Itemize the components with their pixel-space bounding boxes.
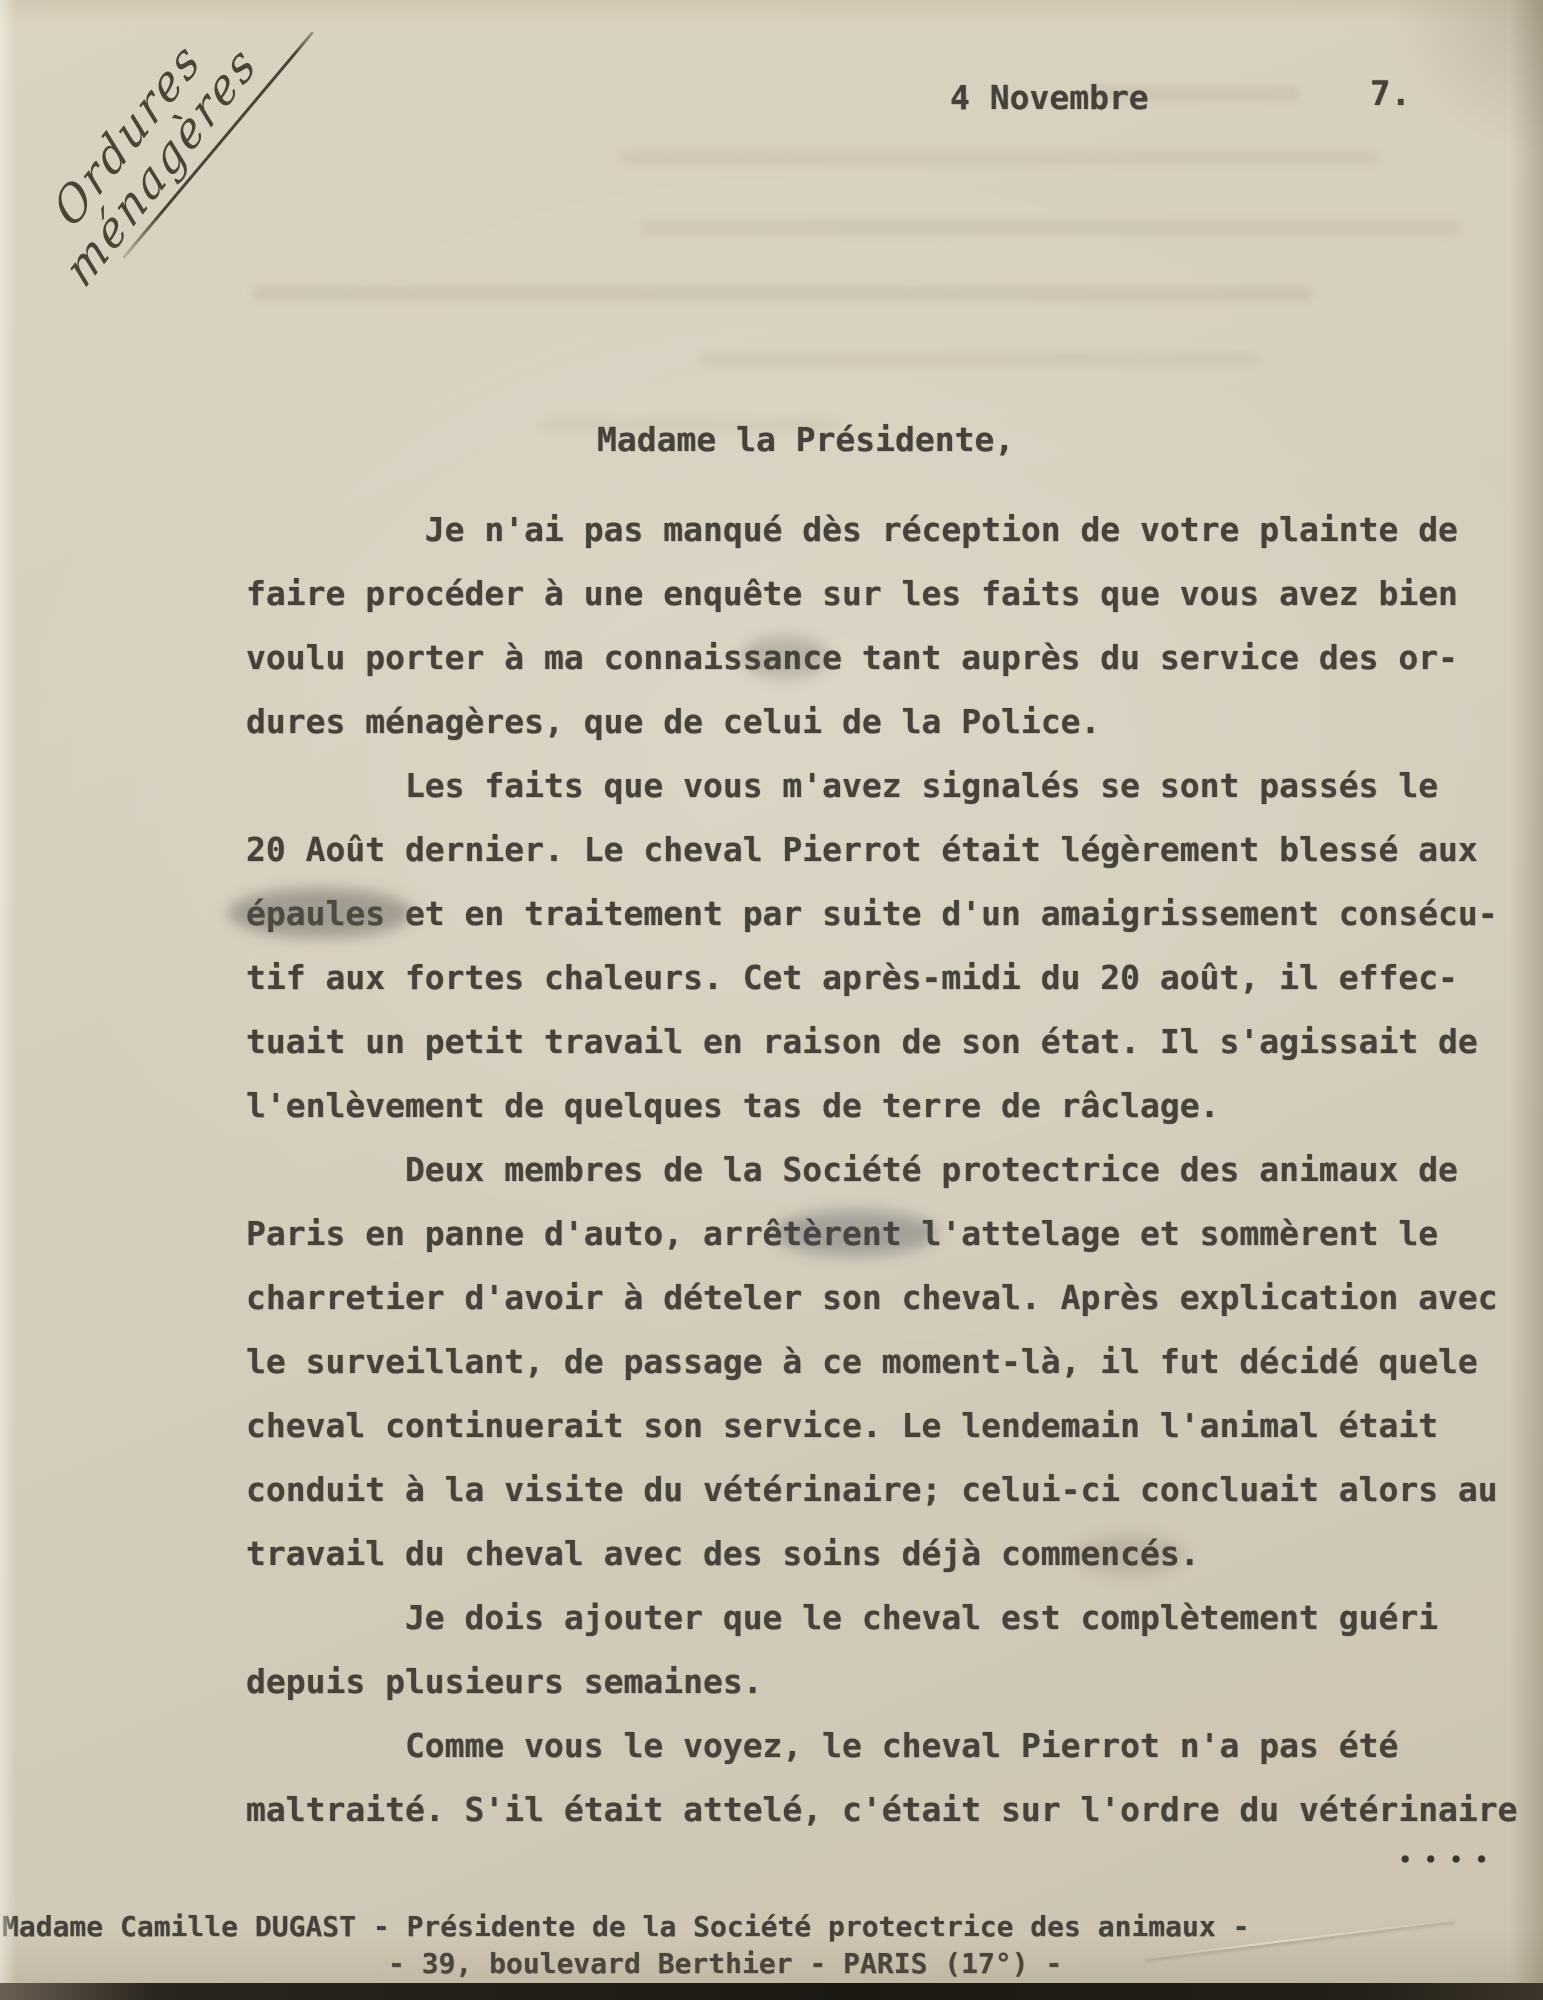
- typed-line: épaules et en traitement par suite d'un …: [246, 882, 1518, 946]
- typed-line: l'enlèvement de quelques tas de terre de…: [246, 1074, 1518, 1138]
- letter-body: Je n'ai pas manqué dès réception de votr…: [246, 498, 1518, 1842]
- typed-line: Je n'ai pas manqué dès réception de votr…: [246, 498, 1518, 562]
- footer-recipient-name: Madame Camille DUGAST - Présidente de la…: [2, 1908, 1249, 1945]
- typed-line: voulu porter à ma connaissance tant aupr…: [246, 626, 1518, 690]
- scanned-letter-page: Ordures ménagères 4 Novembre 7. Madame l…: [0, 0, 1543, 2000]
- typed-line: tif aux fortes chaleurs. Cet après-midi …: [246, 946, 1518, 1010]
- typed-line: Deux membres de la Société protectrice d…: [246, 1138, 1518, 1202]
- typed-line: dures ménagères, que de celui de la Poli…: [246, 690, 1518, 754]
- salutation: Madame la Présidente,: [597, 420, 1014, 459]
- typed-line: charretier d'avoir à dételer son cheval.…: [246, 1266, 1518, 1330]
- typed-line: le surveillant, de passage à ce moment-l…: [246, 1330, 1518, 1394]
- typed-line: Paris en panne d'auto, arrêtèrent l'atte…: [246, 1202, 1518, 1266]
- bleedthrough-ghost: [700, 352, 1260, 367]
- typed-line: tuait un petit travail en raison de son …: [246, 1010, 1518, 1074]
- letter-date: 4 Novembre: [950, 78, 1149, 117]
- typed-line: Je dois ajouter que le cheval est complè…: [246, 1586, 1518, 1650]
- handwritten-annotation: Ordures ménagères: [16, 0, 310, 298]
- ellipsis-dots: ••••: [1398, 1846, 1500, 1874]
- typed-line: maltraité. S'il était attelé, c'était su…: [246, 1778, 1518, 1842]
- footer-recipient-address: - 39, boulevard Berthier - PARIS (17°) -: [388, 1945, 1249, 1982]
- typed-line: cheval continuerait son service. Le lend…: [246, 1394, 1518, 1458]
- bleedthrough-ghost: [252, 286, 1312, 301]
- typed-line: depuis plusieurs semaines.: [246, 1650, 1518, 1714]
- page-number: 7.: [1370, 74, 1411, 114]
- footer-recipient-block: Madame Camille DUGAST - Présidente de la…: [2, 1908, 1249, 1982]
- bleedthrough-ghost: [640, 220, 1460, 235]
- typed-line: 20 Août dernier. Le cheval Pierrot était…: [246, 818, 1518, 882]
- bleedthrough-ghost: [620, 150, 1380, 165]
- scan-bottom-edge: [0, 1983, 1543, 2000]
- typed-line: conduit à la visite du vétérinaire; celu…: [246, 1458, 1518, 1522]
- typed-line: faire procéder à une enquête sur les fai…: [246, 562, 1518, 626]
- typed-line: travail du cheval avec des soins déjà co…: [246, 1522, 1518, 1586]
- typed-line: Comme vous le voyez, le cheval Pierrot n…: [246, 1714, 1518, 1778]
- typed-line: Les faits que vous m'avez signalés se so…: [246, 754, 1518, 818]
